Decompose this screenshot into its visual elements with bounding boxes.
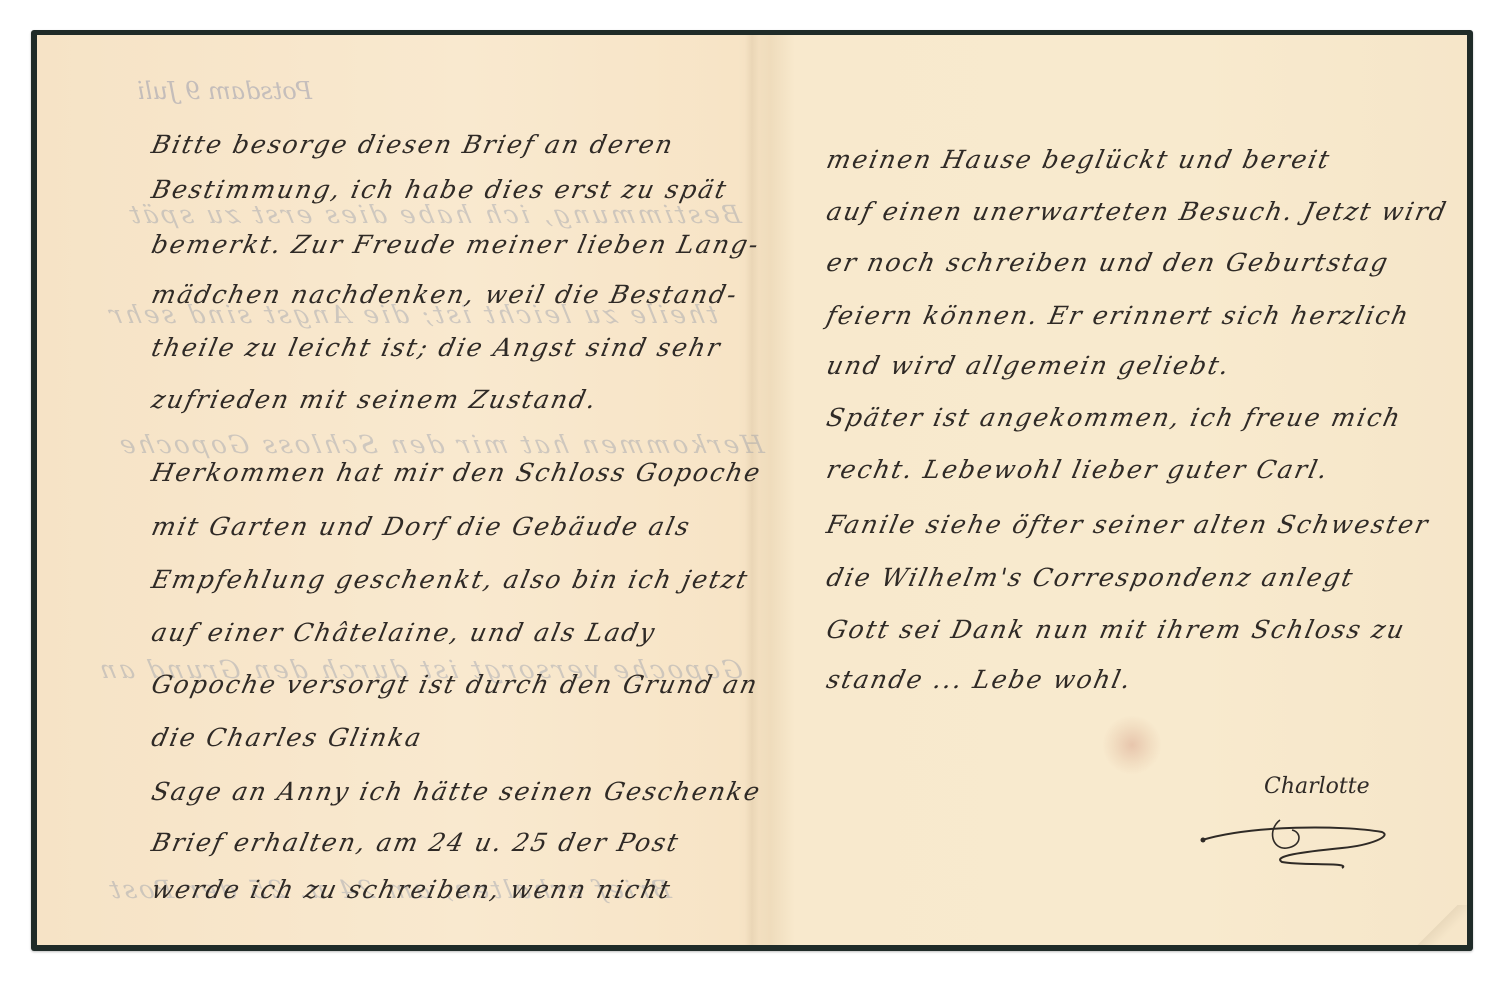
handwritten-line: mädchen nachdenken, weil die Bestand- [149,280,741,309]
handwritten-line: die Wilhelm's Correspondenz anlegt [824,563,1357,592]
handwritten-line: auf einer Châtelaine, und als Lady [149,618,659,647]
handwritten-line: Sage an Anny ich hätte seinen Geschenke [149,777,764,806]
handwritten-line: Gott sei Dank nun mit ihrem Schloss zu [824,615,1409,644]
handwritten-line: mit Garten und Dorf die Gebäude als [149,512,694,541]
handwritten-line: zufrieden mit seinem Zustand. [149,385,600,414]
handwritten-line: meinen Hause beglückt und bereit [824,145,1334,174]
handwritten-line: auf einen unerwarteten Besuch. Jetzt wir… [824,197,1451,226]
handwritten-line: werde ich zu schreiben, wenn nicht [149,875,674,904]
signature: Charlotte [1192,770,1392,870]
handwritten-line: feiern können. Er erinnert sich herzlich [824,301,1413,330]
handwritten-line: stande ... Lebe wohl. [824,665,1135,694]
handwritten-line: bemerkt. Zur Freude meiner lieben Lang- [149,230,763,259]
letter-paper: Potsdam 9 Juli Bestimmung, ich habe dies… [37,35,1467,945]
handwritten-line: Bestimmung, ich habe dies erst zu spät [149,175,731,204]
handwritten-line: und wird allgemein geliebt. [824,351,1233,380]
handwritten-line: Empfehlung geschenkt, also bin ich jetzt [149,565,752,594]
handwritten-line: Fanile siehe öfter seiner alten Schweste… [824,510,1432,539]
handwritten-line: Brief erhalten, am 24 u. 25 der Post [149,828,683,857]
handwritten-line: theile zu leicht ist; die Angst sind seh… [149,333,724,362]
handwritten-line: Bitte besorge diesen Brief an deren [149,130,677,159]
left-page: Bitte besorge diesen Brief an deren Best… [152,35,752,945]
handwritten-line: Später ist angekommen, ich freue mich [824,403,1405,432]
document-border: Potsdam 9 Juli Bestimmung, ich habe dies… [31,30,1473,951]
handwritten-line: die Charles Glinka [149,723,426,752]
handwritten-line: recht. Lebewohl lieber guter Carl. [824,455,1332,484]
signature-name: Charlotte [1264,774,1370,799]
handwritten-line: er noch schreiben und den Geburtstag [824,248,1392,277]
handwritten-line: Herkommen hat mir den Schloss Gopoche [149,458,764,487]
handwritten-line: Gopoche versorgt ist durch den Grund an [149,670,762,699]
